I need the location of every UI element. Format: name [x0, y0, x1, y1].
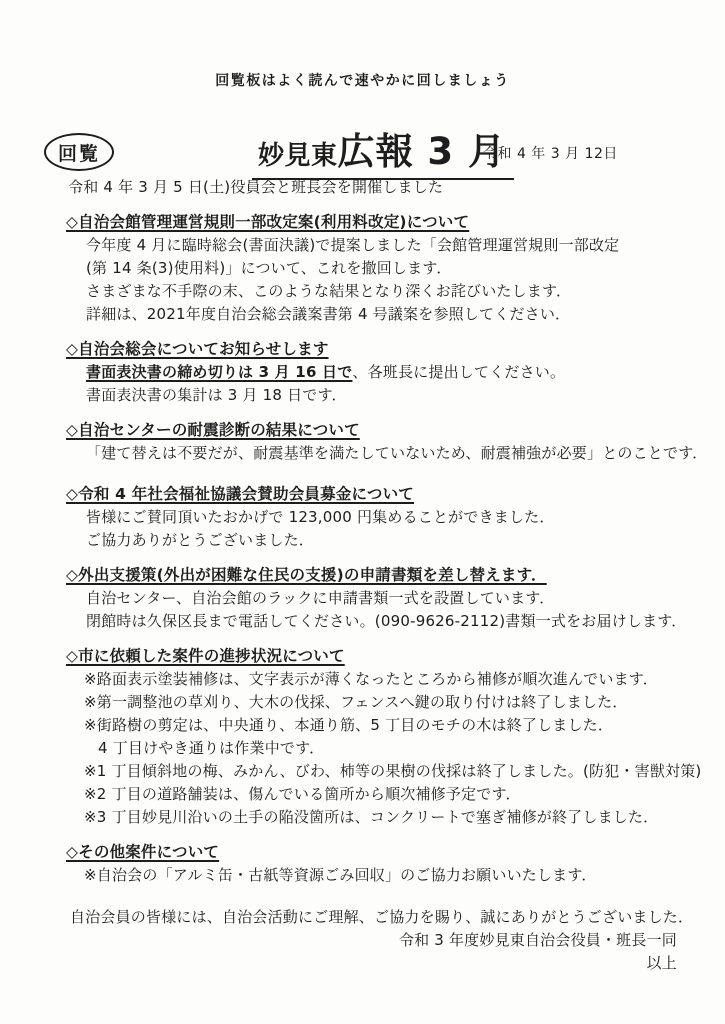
section-heading-shi-irai: ◇市に依頼した案件の進捗状況について	[66, 645, 725, 668]
section-line: ※街路樹の剪定は、中央通り、本通り筋、5 丁目のモチの木は終了しました．	[84, 714, 725, 737]
newsletter-title-main: 広報 3 月	[338, 130, 507, 173]
section-heading-sonota: ◇その他案件について	[66, 841, 725, 864]
top-notice: 回覧板はよく読んで速やかに回しましょう	[0, 70, 725, 90]
signature-line: 令和 3 年度妙見東自治会役員・班長一同	[0, 929, 677, 952]
closing-line: 以上	[0, 952, 677, 975]
section-line: さまざまな不手際の末、このような結果となり深くお詫びいたします．	[86, 280, 725, 303]
issue-date: 令和 4 年 3 月 12日	[483, 143, 618, 163]
section-line: 詳細は、2021年度自治会総会議案書第 4 号議案を参照してください．	[86, 303, 725, 326]
section-line: 自治センター、自治会館のラックに申請書類一式を設置しています．	[86, 587, 725, 610]
section-line: ※第一調整池の草刈り、大木の伐採、フェンスへ鍵の取り付けは終了しました．	[84, 691, 725, 714]
section-line: ※3 丁目妙見川沿いの土手の陥没箇所は、コンクリートで塞ぎ補修が終了しました．	[84, 806, 725, 829]
thanks-line: 自治会員の皆様には、自治会活動にご理解、ご協力を賜り、誠にありがとうございました…	[70, 906, 725, 929]
kairan-stamp-label: 回覧	[58, 139, 100, 166]
section-line-deadline: 書面表決書の締め切りは 3 月 16 日で、各班長に提出してください。	[86, 361, 725, 384]
section-line: ※1 丁目傾斜地の梅、みかん、びわ、柿等の果樹の伐採は終了しました。(防犯・害獣…	[84, 760, 725, 783]
section-heading-gaishutsu-shien: ◇外出支援策(外出が困難な住民の支援)の申請書類を差し替えます．	[66, 564, 725, 587]
section-line: ご協力ありがとうございました．	[86, 529, 725, 552]
deadline-underlined-text: 書面表決書の締め切りは 3 月 16 日で	[86, 363, 352, 381]
section-heading-kaikan-rules: ◇自治会館管理運営規則一部改定案(利用料改定)について	[66, 211, 725, 234]
intro-line: 令和 4 年 3 月 5 日(土)役員会と班長会を開催しました	[68, 176, 725, 199]
section-line: ※路面表示塗装補修は、文字表示が薄くなったところから補修が順次進んでいます．	[84, 668, 725, 691]
section-line: 閉館時は久保区長まで電話してください。(090-9626-2112)書類一式をお…	[86, 610, 725, 633]
section-line: ※2 丁目の道路舗装は、傷んでいる箇所から順次補修予定です．	[84, 783, 725, 806]
section-line: ※自治会の「アルミ缶・古紙等資源ごみ回収」のご協力お願いいたします．	[84, 864, 725, 887]
section-line: 書面表決書の集計は 3 月 18 日です．	[86, 384, 725, 407]
section-heading-bokin: ◇令和 4 年社会福祉協議会賛助会員募金について	[66, 483, 725, 506]
section-line: 「建て替えは不要だが、耐震基準を満たしていないため、耐震補強が必要」とのことです…	[86, 442, 725, 465]
section-line: 4 丁目けやき通りは作業中です．	[98, 737, 725, 760]
section-line: 今年度 4 月に臨時総会(書面決議)で提案しました「会館管理運営規則一部改定	[86, 234, 725, 257]
section-line: (第 14 条(3)使用料)」について、これを撤回します．	[86, 257, 725, 280]
kairan-stamp: 回覧	[44, 133, 114, 171]
newsletter-title: 妙見東広報 3 月	[252, 121, 514, 180]
newsletter-title-prefix: 妙見東	[258, 141, 338, 171]
section-line: 皆様にご賛同頂いたおかげで 123,000 円集めることができました．	[86, 506, 725, 529]
newsletter-page: 回覧板はよく読んで速やかに回しましょう 回覧 妙見東広報 3 月 令和 4 年 …	[0, 0, 725, 1024]
newsletter-body: 令和 4 年 3 月 5 日(土)役員会と班長会を開催しました ◇自治会館管理運…	[0, 176, 725, 975]
section-heading-taishin: ◇自治センターの耐震診断の結果について	[66, 419, 725, 442]
section-heading-soukai: ◇自治会総会についてお知らせします	[66, 338, 725, 361]
deadline-rest-text: 、各班長に提出してください。	[352, 363, 565, 381]
